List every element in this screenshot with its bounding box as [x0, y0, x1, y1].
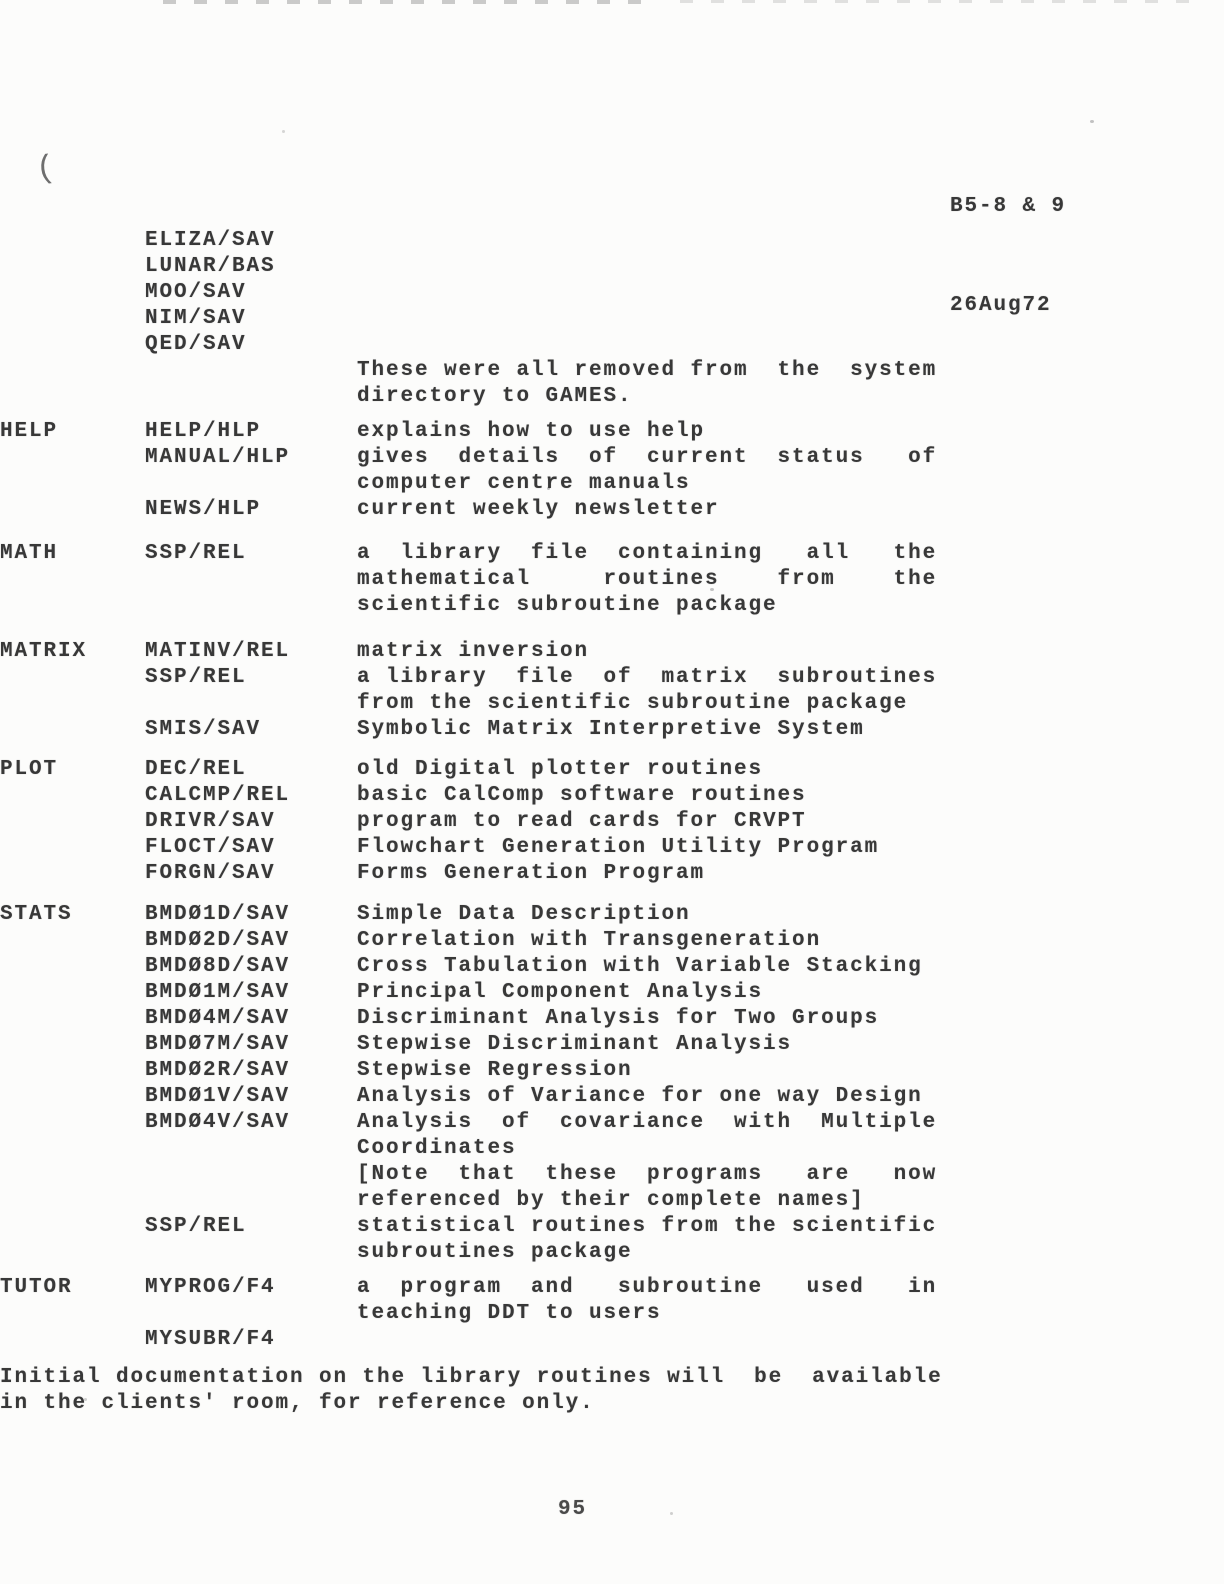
category-label: TUTOR	[0, 1275, 145, 1301]
file-description: current weekly newsletter	[357, 497, 1224, 523]
listing-row: NEWS/HLP current weekly newsletter	[0, 497, 1224, 523]
category-label	[0, 593, 145, 619]
file-description: Analysis of Variance for one way Design	[357, 1084, 1224, 1110]
listing-row: referenced by their complete names]	[0, 1188, 1224, 1214]
file-name: BMDØ8D/SAV	[145, 954, 357, 980]
listing-row: computer centre manuals	[0, 471, 1224, 497]
listing-row: BMDØ2D/SAV Correlation with Transgenerat…	[0, 928, 1224, 954]
file-description: Analysis of covariance with Multiple	[357, 1110, 1224, 1136]
file-name: SSP/REL	[145, 541, 357, 567]
listing-row: CALCMP/REL basic CalComp software routin…	[0, 783, 1224, 809]
file-description: Flowchart Generation Utility Program	[357, 835, 1224, 861]
file-description: scientific subroutine package	[357, 593, 1224, 619]
file-description: from the scientific subroutine package	[357, 691, 1224, 717]
file-description: subroutines package	[357, 1240, 1224, 1266]
file-name	[145, 1162, 357, 1188]
file-name: ELIZA/SAV	[145, 228, 357, 254]
category-label	[0, 954, 145, 980]
category-label: Initial documentation on the library rou…	[0, 1365, 145, 1391]
doc-section-stats: STATS BMDØ1D/SAV Simple Data Description…	[0, 902, 1224, 1266]
category-label	[0, 332, 145, 358]
file-name: BMDØ4V/SAV	[145, 1110, 357, 1136]
file-name: MYPROG/F4	[145, 1275, 357, 1301]
category-label	[0, 1006, 145, 1032]
scanned-document-page: B5-8 & 9 26Aug72 ( ELIZA/SAV LUNAR/BAS M…	[0, 0, 1224, 1584]
file-listing: ELIZA/SAV LUNAR/BAS MOO/SAV NIM/SAV QED/…	[0, 0, 1224, 1584]
file-name	[145, 1188, 357, 1214]
file-name: BMDØ1V/SAV	[145, 1084, 357, 1110]
listing-row: FLOCT/SAV Flowchart Generation Utility P…	[0, 835, 1224, 861]
listing-row: BMDØ7M/SAV Stepwise Discriminant Analysi…	[0, 1032, 1224, 1058]
listing-row: BMDØ1V/SAV Analysis of Variance for one …	[0, 1084, 1224, 1110]
file-description: teaching DDT to users	[357, 1301, 1224, 1327]
file-name: SSP/REL	[145, 1214, 357, 1240]
file-description: explains how to use help	[357, 419, 1224, 445]
category-label: in the clients' room, for reference only…	[0, 1391, 145, 1417]
file-name: NEWS/HLP	[145, 497, 357, 523]
category-label	[0, 783, 145, 809]
file-name: NIM/SAV	[145, 306, 357, 332]
doc-section-math: MATH SSP/REL a library file containing a…	[0, 541, 1224, 619]
file-description: Discriminant Analysis for Two Groups	[357, 1006, 1224, 1032]
category-label	[0, 665, 145, 691]
file-name: HELP/HLP	[145, 419, 357, 445]
file-description: program to read cards for CRVPT	[357, 809, 1224, 835]
listing-row: DRIVR/SAV program to read cards for CRVP…	[0, 809, 1224, 835]
category-label: PLOT	[0, 757, 145, 783]
file-name	[145, 593, 357, 619]
file-description	[357, 280, 1224, 306]
listing-row: in the clients' room, for reference only…	[0, 1391, 1224, 1417]
listing-row: QED/SAV	[0, 332, 1224, 358]
file-name: BMDØ4M/SAV	[145, 1006, 357, 1032]
listing-row: MYSUBR/F4	[0, 1327, 1224, 1353]
listing-row: scientific subroutine package	[0, 593, 1224, 619]
doc-section-tutor: TUTOR MYPROG/F4 a program and subroutine…	[0, 1275, 1224, 1353]
file-description	[357, 1391, 1224, 1417]
listing-row: MATRIX MATINV/REL matrix inversion	[0, 639, 1224, 665]
category-label	[0, 254, 145, 280]
listing-row: SSP/REL statistical routines from the sc…	[0, 1214, 1224, 1240]
listing-row: teaching DDT to users	[0, 1301, 1224, 1327]
category-label: MATH	[0, 541, 145, 567]
file-name	[145, 1301, 357, 1327]
category-label	[0, 306, 145, 332]
file-name: LUNAR/BAS	[145, 254, 357, 280]
category-label	[0, 1162, 145, 1188]
category-label	[0, 567, 145, 593]
file-name: FORGN/SAV	[145, 861, 357, 887]
category-label	[0, 280, 145, 306]
listing-row: ELIZA/SAV	[0, 228, 1224, 254]
category-label: STATS	[0, 902, 145, 928]
file-name: FLOCT/SAV	[145, 835, 357, 861]
category-label	[0, 497, 145, 523]
category-label	[0, 1032, 145, 1058]
file-description: computer centre manuals	[357, 471, 1224, 497]
file-name: BMDØ1D/SAV	[145, 902, 357, 928]
category-label	[0, 1136, 145, 1162]
file-name: BMDØ1M/SAV	[145, 980, 357, 1006]
file-name	[145, 471, 357, 497]
category-label	[0, 835, 145, 861]
listing-row: BMDØ1M/SAV Principal Component Analysis	[0, 980, 1224, 1006]
file-description: matrix inversion	[357, 639, 1224, 665]
file-description: These were all removed from the system	[357, 358, 1224, 384]
file-description	[357, 306, 1224, 332]
file-description: a library file containing all the	[357, 541, 1224, 567]
file-name: DEC/REL	[145, 757, 357, 783]
file-name: MOO/SAV	[145, 280, 357, 306]
page-number: 95	[558, 1498, 587, 1521]
file-description: Principal Component Analysis	[357, 980, 1224, 1006]
file-name	[145, 1136, 357, 1162]
listing-row: MANUAL/HLP gives details of current stat…	[0, 445, 1224, 471]
file-name: SSP/REL	[145, 665, 357, 691]
category-label	[0, 809, 145, 835]
listing-row: BMDØ4M/SAV Discriminant Analysis for Two…	[0, 1006, 1224, 1032]
doc-section-games-removed: ELIZA/SAV LUNAR/BAS MOO/SAV NIM/SAV QED/…	[0, 228, 1224, 410]
category-label	[0, 1084, 145, 1110]
listing-row: FORGN/SAV Forms Generation Program	[0, 861, 1224, 887]
file-description: Forms Generation Program	[357, 861, 1224, 887]
file-name: BMDØ2D/SAV	[145, 928, 357, 954]
listing-row: These were all removed from the system	[0, 358, 1224, 384]
listing-row: SMIS/SAV Symbolic Matrix Interpretive Sy…	[0, 717, 1224, 743]
file-name: MYSUBR/F4	[145, 1327, 357, 1353]
listing-row: SSP/REL a library file of matrix subrout…	[0, 665, 1224, 691]
file-description: directory to GAMES.	[357, 384, 1224, 410]
file-name	[145, 358, 357, 384]
listing-row: STATS BMDØ1D/SAV Simple Data Description	[0, 902, 1224, 928]
listing-row: BMDØ2R/SAV Stepwise Regression	[0, 1058, 1224, 1084]
file-description: a library file of matrix subroutines	[357, 665, 1224, 691]
listing-row: PLOT DEC/REL old Digital plotter routine…	[0, 757, 1224, 783]
file-name	[145, 691, 357, 717]
file-name	[145, 1365, 357, 1391]
file-name: SMIS/SAV	[145, 717, 357, 743]
category-label	[0, 1188, 145, 1214]
file-description: Correlation with Transgeneration	[357, 928, 1224, 954]
listing-row: Coordinates	[0, 1136, 1224, 1162]
category-label	[0, 691, 145, 717]
doc-section-matrix: MATRIX MATINV/REL matrix inversion SSP/R…	[0, 639, 1224, 743]
doc-section-help: HELP HELP/HLP explains how to use help M…	[0, 419, 1224, 523]
file-name: BMDØ7M/SAV	[145, 1032, 357, 1058]
file-name	[145, 1391, 357, 1417]
category-label	[0, 980, 145, 1006]
file-name	[145, 1240, 357, 1266]
category-label	[0, 471, 145, 497]
category-label	[0, 1301, 145, 1327]
file-name: DRIVR/SAV	[145, 809, 357, 835]
category-label	[0, 1058, 145, 1084]
category-label	[0, 1214, 145, 1240]
category-label: HELP	[0, 419, 145, 445]
category-label	[0, 384, 145, 410]
listing-row: from the scientific subroutine package	[0, 691, 1224, 717]
listing-row: directory to GAMES.	[0, 384, 1224, 410]
listing-row: HELP HELP/HLP explains how to use help	[0, 419, 1224, 445]
category-label	[0, 358, 145, 384]
file-description	[357, 1327, 1224, 1353]
file-description: referenced by their complete names]	[357, 1188, 1224, 1214]
file-description: mathematical routines from the	[357, 567, 1224, 593]
file-description: old Digital plotter routines	[357, 757, 1224, 783]
category-label	[0, 445, 145, 471]
category-label	[0, 1240, 145, 1266]
file-description: Stepwise Regression	[357, 1058, 1224, 1084]
file-description	[357, 332, 1224, 358]
listing-row: BMDØ4V/SAV Analysis of covariance with M…	[0, 1110, 1224, 1136]
listing-row: MATH SSP/REL a library file containing a…	[0, 541, 1224, 567]
file-name: MANUAL/HLP	[145, 445, 357, 471]
category-label	[0, 1327, 145, 1353]
file-description: basic CalComp software routines	[357, 783, 1224, 809]
listing-row: LUNAR/BAS	[0, 254, 1224, 280]
doc-section-closing-note: Initial documentation on the library rou…	[0, 1365, 1224, 1417]
listing-row: TUTOR MYPROG/F4 a program and subroutine…	[0, 1275, 1224, 1301]
file-name	[145, 384, 357, 410]
file-description: [Note that these programs are now	[357, 1162, 1224, 1188]
file-description: gives details of current status of	[357, 445, 1224, 471]
listing-row: [Note that these programs are now	[0, 1162, 1224, 1188]
doc-section-plot: PLOT DEC/REL old Digital plotter routine…	[0, 757, 1224, 887]
category-label	[0, 861, 145, 887]
listing-row: NIM/SAV	[0, 306, 1224, 332]
file-name	[145, 567, 357, 593]
category-label	[0, 1110, 145, 1136]
file-name: BMDØ2R/SAV	[145, 1058, 357, 1084]
listing-row: Initial documentation on the library rou…	[0, 1365, 1224, 1391]
category-label	[0, 928, 145, 954]
listing-row: MOO/SAV	[0, 280, 1224, 306]
file-name: CALCMP/REL	[145, 783, 357, 809]
file-description: a program and subroutine used in	[357, 1275, 1224, 1301]
file-description: Stepwise Discriminant Analysis	[357, 1032, 1224, 1058]
file-description	[357, 254, 1224, 280]
file-description: Coordinates	[357, 1136, 1224, 1162]
category-label	[0, 228, 145, 254]
listing-row: BMDØ8D/SAV Cross Tabulation with Variabl…	[0, 954, 1224, 980]
file-description: Symbolic Matrix Interpretive System	[357, 717, 1224, 743]
file-description: Cross Tabulation with Variable Stacking	[357, 954, 1224, 980]
file-description: Simple Data Description	[357, 902, 1224, 928]
file-description	[357, 1365, 1224, 1391]
category-label: MATRIX	[0, 639, 145, 665]
file-name: QED/SAV	[145, 332, 357, 358]
listing-row: subroutines package	[0, 1240, 1224, 1266]
category-label	[0, 717, 145, 743]
file-description	[357, 228, 1224, 254]
file-name: MATINV/REL	[145, 639, 357, 665]
file-description: statistical routines from the scientific	[357, 1214, 1224, 1240]
listing-row: mathematical routines from the	[0, 567, 1224, 593]
